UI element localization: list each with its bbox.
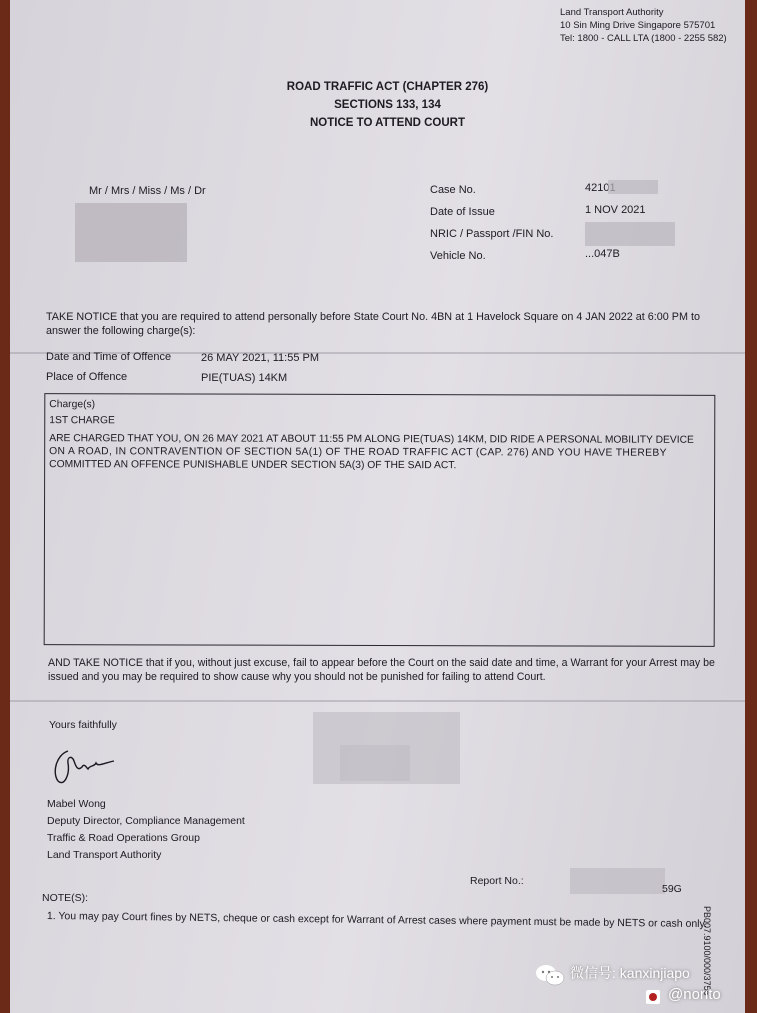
offence-datetime-value: 26 MAY 2021, 11:55 PM [201,352,319,364]
arrest-warning-line: AND TAKE NOTICE that if you, without jus… [48,656,715,670]
attend-notice: TAKE NOTICE that you are required to att… [46,310,716,338]
signatory-org: Land Transport Authority [47,847,245,864]
redacted-name [75,203,187,262]
authority-phone: Tel: 1800 - CALL LTA (1800 - 2255 582) [560,32,727,45]
title-sections: SECTIONS 133, 134 [270,96,505,114]
date-issue-label: Date of Issue [430,206,495,218]
salutation: Mr / Mrs / Miss / Ms / Dr [89,185,206,197]
signatory-name: Mabel Wong [47,796,245,813]
case-no-label: Case No. [430,184,476,196]
weibo-logo-icon [646,990,660,1004]
charges-box: Charge(s) 1ST CHARGE ARE CHARGED THAT YO… [44,393,716,647]
title-notice: NOTICE TO ATTEND COURT [270,114,505,132]
arrest-warning: AND TAKE NOTICE that if you, without jus… [48,656,715,684]
vehicle-label: Vehicle No. [430,250,486,262]
signature-icon [50,745,120,787]
charge-text-line: COMMITTED AN OFFENCE PUNISHABLE UNDER SE… [49,458,456,472]
redacted-block [340,745,410,781]
nric-label: NRIC / Passport /FIN No. [430,228,553,240]
vehicle-value: ...047B [585,248,620,260]
arrest-warning-line: issued and you may be required to show c… [48,670,715,684]
offence-datetime-label: Date and Time of Offence [46,351,171,363]
charges-heading: Charge(s) [49,398,95,411]
signatory-group: Traffic & Road Operations Group [47,830,245,847]
signatory-block: Mabel Wong Deputy Director, Compliance M… [47,796,245,864]
date-issue-value: 1 NOV 2021 [585,204,646,216]
wechat-watermark: 微信号: kanxinjiapo [570,963,690,983]
authority-name: Land Transport Authority [560,6,727,19]
authority-street: 10 Sin Ming Drive Singapore 575701 [560,19,727,32]
paper-fold [10,700,745,702]
offence-place-label: Place of Offence [46,371,127,383]
form-code: PB007.9100/000/3755 [702,906,712,996]
first-charge-label: 1ST CHARGE [49,414,115,427]
redacted-case-no [608,180,658,194]
document-title: ROAD TRAFFIC ACT (CHAPTER 276) SECTIONS … [270,78,505,132]
report-no-label: Report No.: [470,875,524,887]
wechat-icon [535,964,565,986]
redacted-nric [585,222,675,246]
signatory-title: Deputy Director, Compliance Management [47,813,245,830]
title-act: ROAD TRAFFIC ACT (CHAPTER 276) [270,78,505,96]
closing-text: Yours faithfully [49,719,117,731]
notes-heading: NOTE(S): [42,892,88,904]
redacted-report-no [570,868,665,894]
report-no-value: 59G [662,883,682,895]
handle-watermark: @norito [668,986,721,1003]
offence-place-value: PIE(TUAS) 14KM [201,372,287,384]
authority-address: Land Transport Authority 10 Sin Ming Dri… [560,6,727,45]
